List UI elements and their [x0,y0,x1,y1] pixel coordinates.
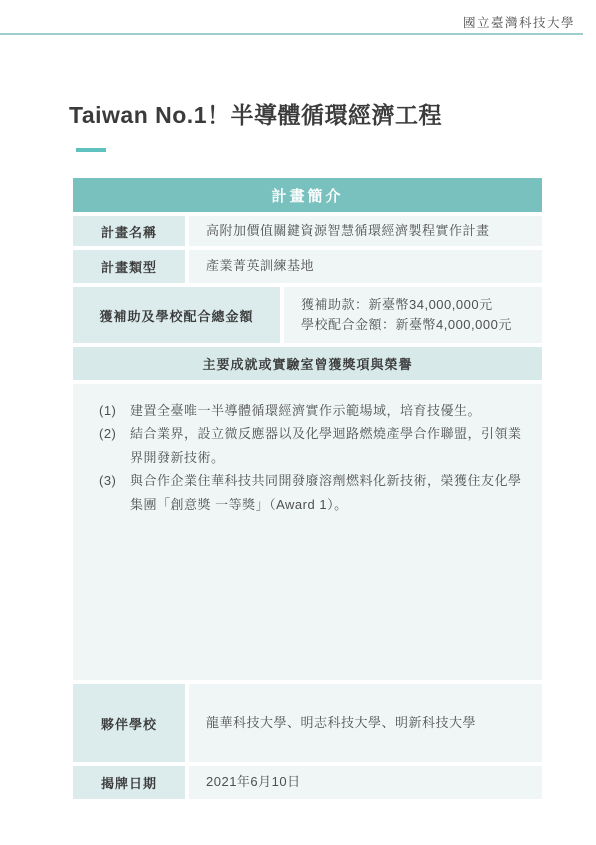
achievements-header-band: 主要成就或實驗室曾獲獎項與榮譽 [73,347,542,380]
item-text: 建置全臺唯一半導體循環經濟實作示範場域，培育技優生。 [130,399,524,422]
row-label: 揭牌日期 [73,766,185,799]
funding-line-school: 學校配合金額：新臺幣4,000,000元 [301,315,542,335]
item-marker: (2) [99,422,130,469]
list-item: (2) 結合業界，設立微反應器以及化學迴路燃燒產學合作聯盟，引領業界開發新技術。 [99,422,524,469]
table-row-partner-schools: 夥伴學校 龍華科技大學、明志科技大學、明新科技大學 [73,684,542,762]
table-row-project-name: 計畫名稱 高附加價值關鍵資源智慧循環經濟製程實作計畫 [73,216,542,246]
item-marker: (3) [99,469,130,516]
university-name: 國立臺灣科技大學 [463,13,575,31]
row-value-text: 產業菁英訓練基地 [206,256,542,276]
list-item: (3) 與合作企業住華科技共同開發廢溶劑燃料化新技術，榮獲住友化學集團「創意獎 … [99,469,524,516]
header-rule [0,33,583,35]
table-row-funding: 獲補助及學校配合總金額 獲補助款：新臺幣34,000,000元 學校配合金額：新… [73,287,542,343]
table-header: 計畫簡介 [73,178,542,212]
row-value: 2021年6月10日 [189,766,542,799]
item-marker: (1) [99,399,130,422]
row-value-text: 龍華科技大學、明志科技大學、明新科技大學 [206,713,542,733]
title-accent-bar [76,148,106,152]
funding-line-grant: 獲補助款：新臺幣34,000,000元 [301,295,542,315]
document-page: 國立臺灣科技大學 Taiwan No.1！半導體循環經濟工程 計畫簡介 計畫名稱… [0,0,596,845]
row-value: 龍華科技大學、明志科技大學、明新科技大學 [189,684,542,762]
page-title: Taiwan No.1！半導體循環經濟工程 [69,97,442,130]
row-value-text: 高附加價值關鍵資源智慧循環經濟製程實作計畫 [206,221,542,241]
row-value: 高附加價值關鍵資源智慧循環經濟製程實作計畫 [189,216,542,246]
item-text: 結合業界，設立微反應器以及化學迴路燃燒產學合作聯盟，引領業界開發新技術。 [130,422,524,469]
row-value-text: 2021年6月10日 [206,772,542,792]
table-row-unveiling-date: 揭牌日期 2021年6月10日 [73,766,542,799]
row-label: 計畫名稱 [73,216,185,246]
table-row-project-type: 計畫類型 產業菁英訓練基地 [73,250,542,283]
item-text: 與合作企業住華科技共同開發廢溶劑燃料化新技術，榮獲住友化學集團「創意獎 一等獎」… [130,469,524,516]
project-info-table: 計畫簡介 計畫名稱 高附加價值關鍵資源智慧循環經濟製程實作計畫 計畫類型 產業菁… [73,178,542,799]
row-label: 獲補助及學校配合總金額 [73,287,280,343]
row-value: 產業菁英訓練基地 [189,250,542,283]
achievements-list: (1) 建置全臺唯一半導體循環經濟實作示範場域，培育技優生。 (2) 結合業界，… [73,384,542,680]
row-label: 計畫類型 [73,250,185,283]
row-label: 夥伴學校 [73,684,185,762]
list-item: (1) 建置全臺唯一半導體循環經濟實作示範場域，培育技優生。 [99,399,524,422]
row-value: 獲補助款：新臺幣34,000,000元 學校配合金額：新臺幣4,000,000元 [284,287,542,343]
